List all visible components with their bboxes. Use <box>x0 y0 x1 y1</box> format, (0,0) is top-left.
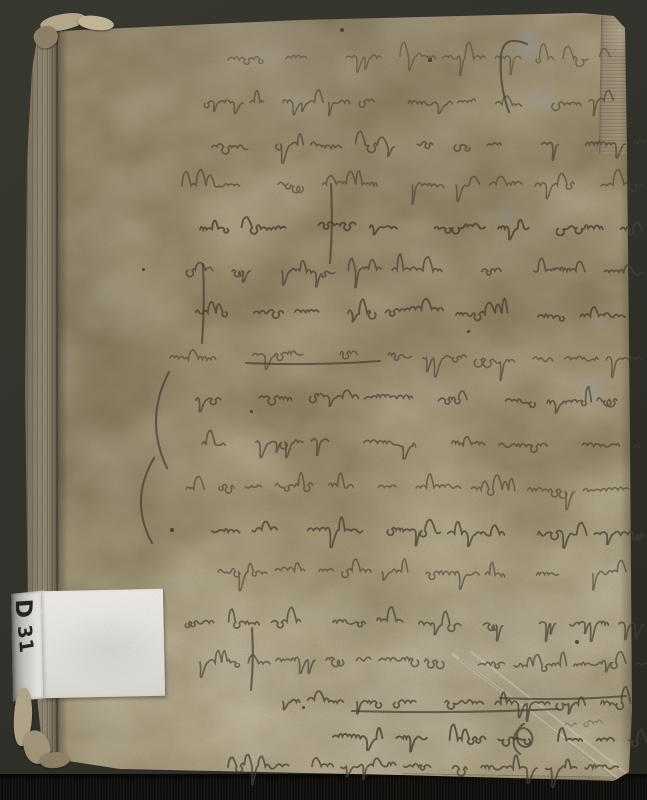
handwriting-line <box>186 473 629 510</box>
handwriting-line <box>200 651 647 678</box>
handwriting-flourish <box>156 372 169 468</box>
shelfmark-number: 31 <box>13 623 37 655</box>
handwriting-line <box>185 607 644 641</box>
shelfmark-label-front <box>41 589 165 699</box>
handwriting-line <box>212 131 647 163</box>
handwriting-line <box>186 254 644 288</box>
handwriting-line <box>196 387 617 413</box>
handwriting-flourish <box>501 41 527 112</box>
handwriting-line <box>204 90 613 116</box>
handwriting-line <box>333 725 646 752</box>
handwriting-flourish <box>202 264 204 343</box>
shelfmark-letter: D <box>11 598 36 619</box>
handwriting-flourish <box>500 696 626 699</box>
handwriting-line <box>212 517 644 548</box>
handwriting-flourish <box>251 628 253 690</box>
handwriting-line <box>228 42 610 75</box>
photo-archival-manuscript: D 31 <box>0 0 647 800</box>
handwriting-line <box>283 687 630 721</box>
handwriting-line <box>196 298 625 321</box>
handwriting-line <box>565 720 602 727</box>
handwriting-flourish <box>141 458 154 543</box>
handwriting-line <box>218 559 626 591</box>
handwriting-line <box>228 755 618 788</box>
handwriting-flourish <box>330 184 332 263</box>
handwriting-line <box>200 217 642 239</box>
handwriting-line <box>182 170 642 205</box>
handwriting-line <box>170 350 642 380</box>
handwriting-line <box>202 431 639 460</box>
